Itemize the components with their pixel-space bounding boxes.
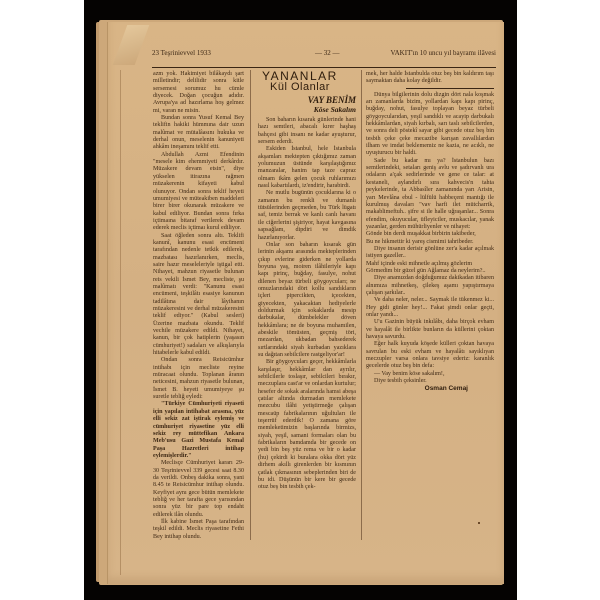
paragraph: İlk kabine İsmet Paşa tarafından teşkil … <box>153 519 244 541</box>
paragraph: U'u Gazinin büyük inkılâbı, daha birçok … <box>366 319 494 341</box>
header-page-number: — 32 — <box>315 49 340 57</box>
column-divider <box>361 70 362 540</box>
verse-line: Mahf içinde eski mihnetle açılmış gözler… <box>366 261 494 268</box>
paragraph: Diye anamızdan doğduğumuz dakikadan itib… <box>366 275 494 297</box>
article-subtitle-line-1: VAY BENİM <box>258 95 356 105</box>
paragraph: Dünya bilgilerinin dolu dizgin dört nala… <box>366 92 494 158</box>
author-signature: Osman Cemaj <box>366 385 468 392</box>
paragraph: Diye tesbih çeksinler. <box>366 378 494 385</box>
paragraph: Abdullah Azmi Efendinin "mesele kim ehem… <box>153 152 244 233</box>
paragraph: Meclisçe Cümhuriyet kararı 29-30 Teşrini… <box>153 460 244 519</box>
paragraph: Son baharın kısarak günlerinde hani hazı… <box>258 117 356 146</box>
paragraph: Diye insanın derisir gönlüne zer'a kadar… <box>366 246 494 261</box>
paragraph: mek, her halde İstanbulda otuz beş bin k… <box>366 71 494 86</box>
paragraph: — Vay benim köse sakalım!, <box>366 371 494 378</box>
paragraph: azm yok. Hakimiyet bilâkaydı şart millet… <box>153 71 244 115</box>
paragraph: Eskiden İstanbul, hele İstanbula akşamla… <box>258 146 356 190</box>
column-1: azm yok. Hakimiyet bilâkaydı şart millet… <box>153 71 244 541</box>
header-rule <box>152 67 496 68</box>
quote-paragraph: "Türkiye Cümhuriyeti riyaseti için yapıl… <box>153 401 244 460</box>
header-issue: VAKIT'ın 10 uncu yıl bayramı ilâvesi <box>390 49 496 57</box>
column-3: mek, her halde İstanbulda otuz beş bin k… <box>366 71 494 393</box>
column-divider <box>250 70 251 540</box>
binding-line <box>120 70 121 575</box>
article-subtitle-line-2: Köse Sakalım <box>258 105 356 114</box>
paragraph: Sade bu kadar mı ya? İstanbulun bazı sem… <box>366 158 494 231</box>
paragraph: Eğer halk kuyuda köşede külleri çoktan h… <box>366 341 494 370</box>
article-title-line-2: Kül Olanlar <box>270 82 356 93</box>
paragraph: Saat öğleden sonra altı. Teklifi kanunî,… <box>153 233 244 358</box>
verse-line: Gönde bin derdi muşakkat birbirin takibe… <box>366 231 494 238</box>
paragraph: Ve daha neler, neler... Saymak ile tüken… <box>366 297 494 319</box>
section-rule <box>406 88 494 89</box>
page-header: 23 Teşrinievvel 1933 — 32 — VAKIT'ın 10 … <box>152 49 496 61</box>
paragraph: Bir göygoycuları geçer, hekkâmlarla karş… <box>258 359 356 491</box>
paragraph: Onlar son baharın kısarak gün lerinin ak… <box>258 242 356 360</box>
paragraph: Ne mutlu bugünün çocuklarına ki o zamanı… <box>258 190 356 241</box>
column-2: YANANLAR Kül Olanlar VAY BENİM Köse Saka… <box>258 71 356 492</box>
header-date: 23 Teşrinievvel 1933 <box>152 49 211 57</box>
verse-line: Bu ne hikmettir ki yareş cismimi tahribe… <box>366 239 494 246</box>
paragraph: Bundan sonra Yusuf Kemal Bey teklifin ha… <box>153 115 244 152</box>
paragraph: Ondan sonra Reisicümhur intihabı için me… <box>153 357 244 401</box>
paper-speck <box>478 522 480 524</box>
